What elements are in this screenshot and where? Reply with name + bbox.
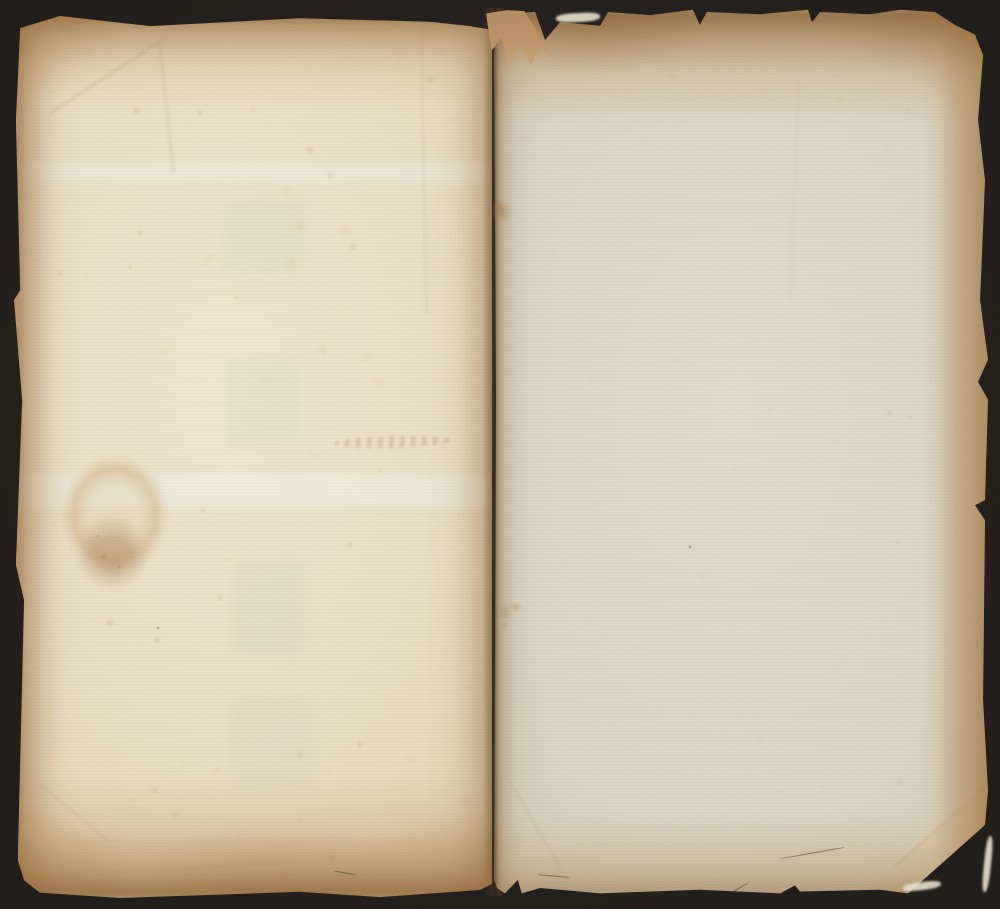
- book-scan: [0, 0, 1000, 909]
- sliver-layer: [0, 0, 1000, 909]
